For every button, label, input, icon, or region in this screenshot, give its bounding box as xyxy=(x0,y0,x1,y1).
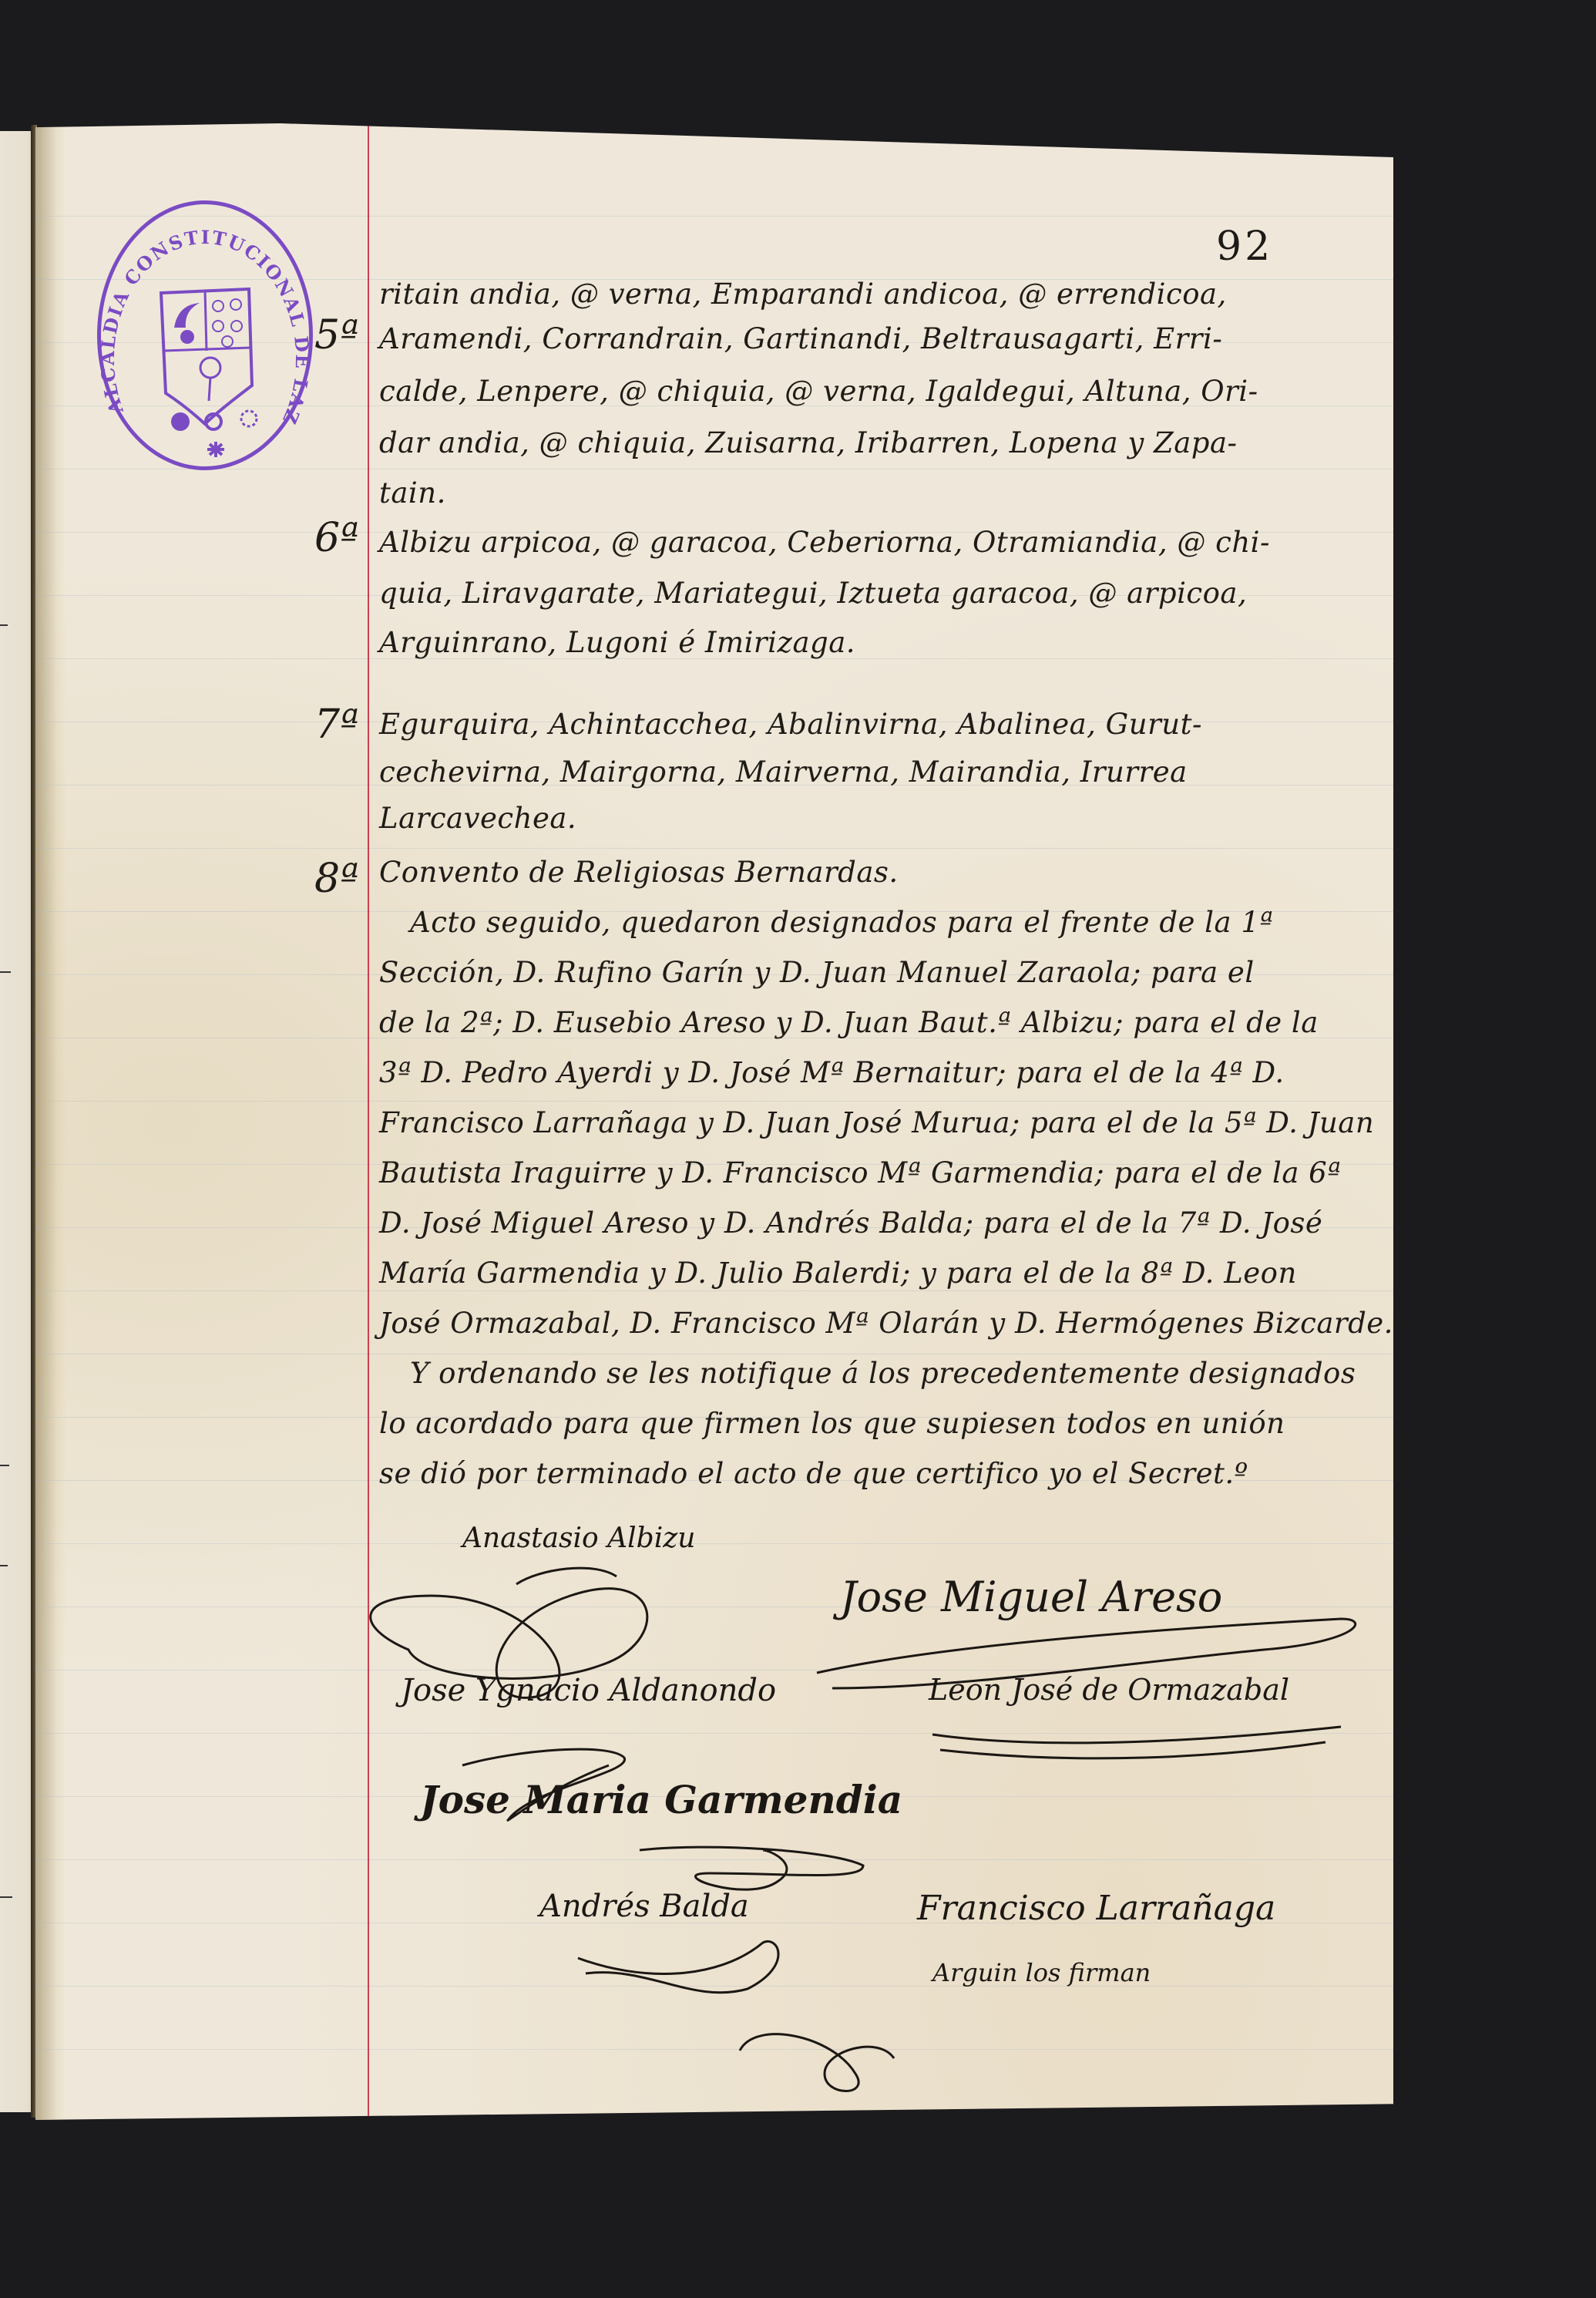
ruled-line xyxy=(35,1354,1393,1354)
body-line: Francisco Larrañaga y D. Juan José Murua… xyxy=(379,1106,1381,1139)
municipal-stamp: ALCALDIA CONSTITUCIONAL DE LAZCANO xyxy=(97,200,313,470)
text-line: cechevirna, Mairgorna, Mairverna, Mairan… xyxy=(379,755,1381,789)
text-line: Aramendi, Corrandrain, Gartinandi, Beltr… xyxy=(379,322,1381,355)
body-line: María Garmendia y D. Julio Balerdi; y pa… xyxy=(379,1257,1381,1290)
text-line: ritain andia, @ verna, Emparandi andicoa… xyxy=(379,278,1381,311)
body-line: 3ª D. Pedro Ayerdi y D. José Mª Bernaitu… xyxy=(379,1056,1381,1089)
ruled-line xyxy=(35,1101,1393,1102)
text-line: calde, Lenpere, @ chiquia, @ verna, Igal… xyxy=(379,375,1381,408)
body-line: se dió por terminado el acto de que cert… xyxy=(379,1457,1381,1490)
body-line: de la 2ª; D. Eusebio Areso y D. Juan Bau… xyxy=(379,1006,1381,1039)
body-line: Acto seguido, quedaron designados para e… xyxy=(410,906,1412,939)
body-line: D. José Miguel Areso y D. Andrés Balda; … xyxy=(379,1206,1381,1240)
prev-page-ink-mark xyxy=(0,1565,8,1566)
text-line: Egurquira, Achintacchea, Abalinvirna, Ab… xyxy=(379,708,1381,741)
text-line: Arguinrano, Lugoni é Imirizaga. xyxy=(379,626,1381,659)
red-margin-line xyxy=(368,123,369,2120)
prev-page-ink-mark xyxy=(0,971,11,973)
text-line: Larcavechea. xyxy=(379,802,1381,835)
coat-of-arms-icon: ALCALDIA CONSTITUCIONAL DE LAZCANO xyxy=(101,204,309,466)
rubric-flourish-icon xyxy=(632,1835,879,1927)
prev-page-ink-mark xyxy=(0,624,8,626)
ruled-line xyxy=(35,469,1393,469)
body-line: lo acordado para que firmen los que supi… xyxy=(379,1407,1381,1440)
body-line: José Ormazabal, D. Francisco Mª Olarán y… xyxy=(379,1307,1381,1340)
section-marker-5: 5ª xyxy=(314,312,359,358)
body-line: Bautista Iraguirre y D. Francisco Mª Gar… xyxy=(379,1156,1381,1189)
prev-page-ink-mark xyxy=(0,1465,9,1466)
rubric-flourish-icon xyxy=(563,1935,809,2012)
text-line: quia, Liravgarate, Mariategui, Iztueta g… xyxy=(379,577,1381,610)
section-marker-8: 8ª xyxy=(314,856,359,902)
section-marker-7: 7ª xyxy=(314,702,359,748)
text-line: tain. xyxy=(379,476,1381,510)
text-line: Convento de Religiosas Bernardas. xyxy=(379,856,1381,889)
signature-francisco-larranaga: Francisco Larrañaga xyxy=(917,1889,1275,1928)
page-number: 92 xyxy=(1216,224,1273,270)
body-line: Sección, D. Rufino Garín y D. Juan Manue… xyxy=(379,956,1381,989)
ruled-line xyxy=(35,848,1393,849)
rubric-flourish-icon xyxy=(709,2020,909,2112)
text-line: Albizu arpicoa, @ garacoa, Ceberiorna, O… xyxy=(379,526,1381,559)
prev-page-ink-mark xyxy=(0,1896,12,1898)
body-line: Y ordenando se les notifique á los prece… xyxy=(410,1357,1412,1390)
rubric-flourish-icon xyxy=(455,1742,640,1835)
section-marker-6: 6ª xyxy=(314,515,359,561)
text-line: dar andia, @ chiquia, Zuisarna, Iribarre… xyxy=(379,426,1381,459)
previous-page-edge xyxy=(0,131,34,2112)
rubric-flourish-icon xyxy=(925,1719,1356,1781)
note-no-saben-firmar: Arguin los firman xyxy=(932,1958,1151,1987)
ruled-line xyxy=(35,1290,1393,1291)
rubric-flourish-icon xyxy=(801,1611,1387,1704)
gutter-shadow xyxy=(35,123,66,2120)
